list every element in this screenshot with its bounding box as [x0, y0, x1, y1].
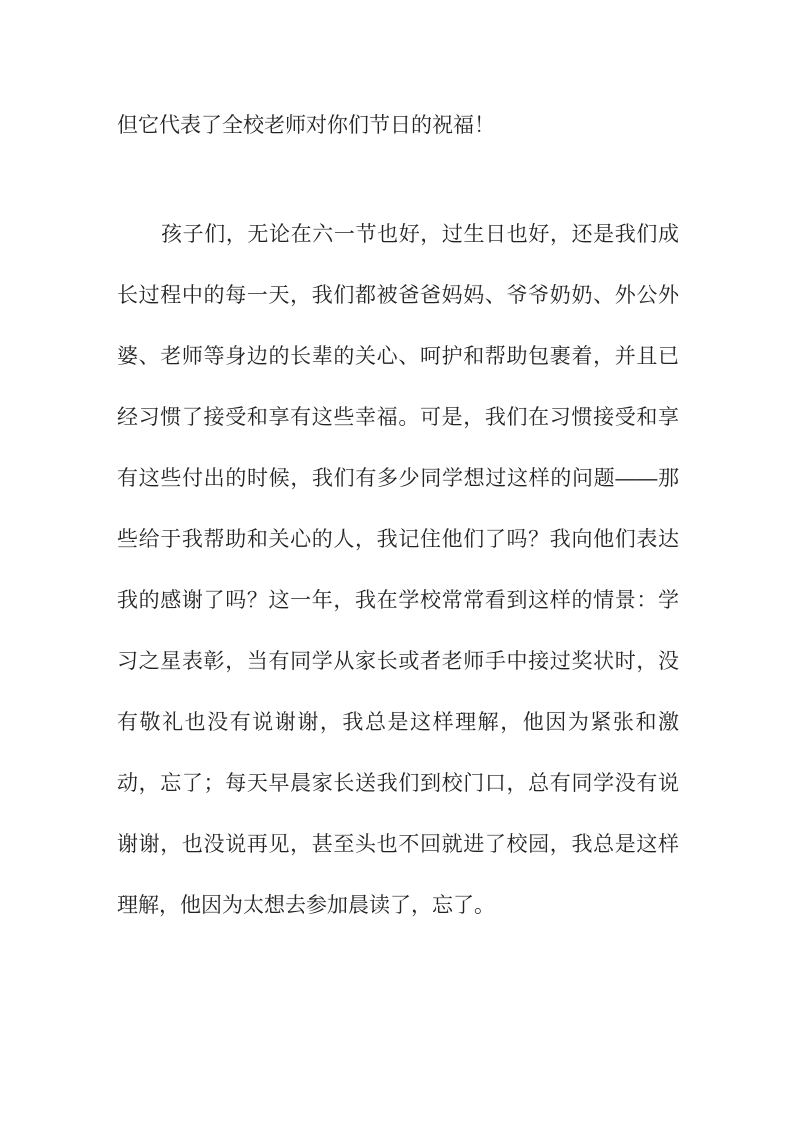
paragraph-body: 孩子们，无论在六一节也好，过生日也好，还是我们成长过程中的每一天，我们都被爸爸妈… — [117, 204, 679, 936]
paragraph-intro: 但它代表了全校老师对你们节日的祝福！ — [117, 95, 679, 156]
document-page: 但它代表了全校老师对你们节日的祝福！ 孩子们，无论在六一节也好，过生日也好，还是… — [0, 0, 793, 1122]
